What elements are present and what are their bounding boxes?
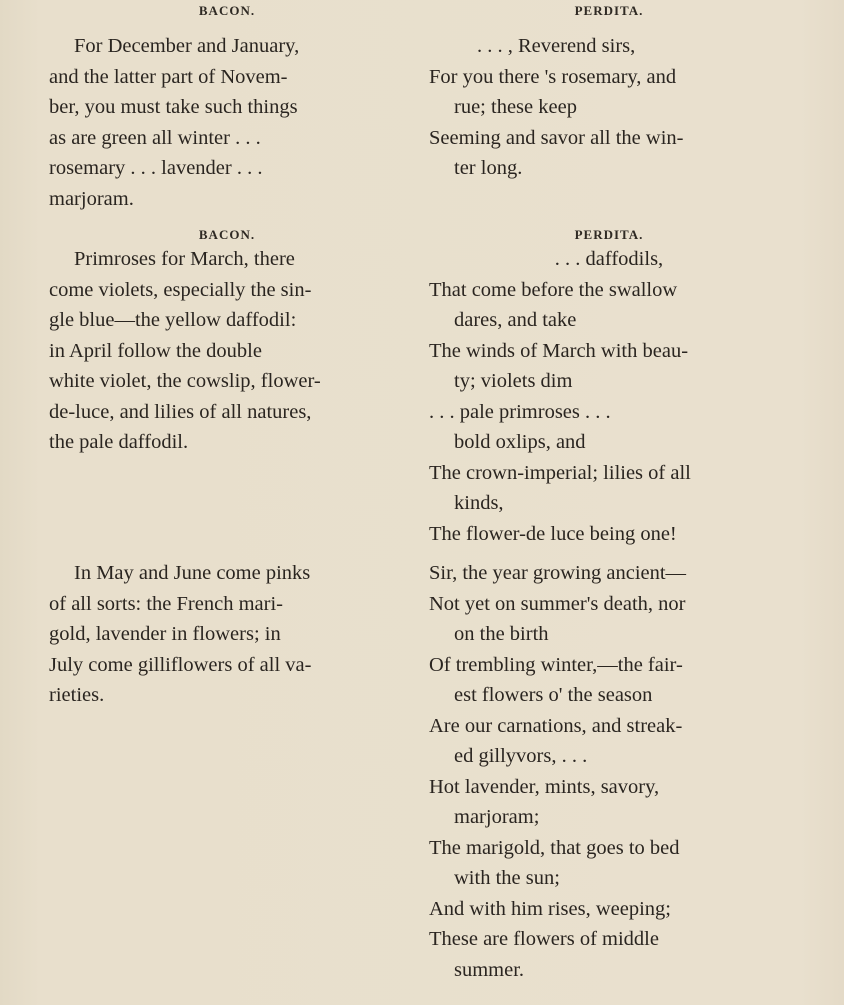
verse-line: on the birth — [429, 619, 789, 650]
section-heading-perdita-2: PERDITA. — [429, 227, 789, 243]
text-line: come violets, especially the sin- — [49, 275, 405, 306]
verse-line: ter long. — [429, 153, 789, 184]
text-line: rieties. — [49, 680, 405, 711]
text-line: of all sorts: the French mari- — [49, 589, 405, 620]
verse-line: . . . , Reverend sirs, — [429, 31, 789, 62]
verse-line: The marigold, that goes to bed — [429, 833, 789, 864]
text-line: white violet, the cowslip, flower- — [49, 366, 405, 397]
verse-line: ty; violets dim — [429, 366, 789, 397]
text-line: as are green all winter . . . — [49, 123, 405, 154]
perdita-verse-winter: . . . , Reverend sirs, For you there 's … — [429, 31, 789, 184]
verse-line: And with him rises, weeping; — [429, 894, 789, 925]
text-line: In May and June come pinks — [49, 558, 405, 589]
verse-line: The winds of March with beau- — [429, 336, 789, 367]
section-heading-bacon-1: BACON. — [49, 3, 405, 19]
verse-line: Hot lavender, mints, savory, — [429, 772, 789, 803]
verse-line: Are our carnations, and streak- — [429, 711, 789, 742]
verse-line: summer. — [429, 955, 789, 986]
verse-line: Seeming and savor all the win- — [429, 123, 789, 154]
verse-line: rue; these keep — [429, 92, 789, 123]
book-page: BACON. For December and January, and the… — [0, 0, 844, 1005]
text-line: in April follow the double — [49, 336, 405, 367]
text-line: ber, you must take such things — [49, 92, 405, 123]
bacon-passage-summer: In May and June come pinks of all sorts:… — [49, 558, 405, 711]
verse-line: bold oxlips, and — [429, 427, 789, 458]
verse-line: For you there 's rosemary, and — [429, 62, 789, 93]
section-heading-bacon-2: BACON. — [49, 227, 405, 243]
text-line: marjoram. — [49, 184, 405, 215]
perdita-verse-spring: . . . daffodils, That come before the sw… — [429, 244, 789, 549]
verse-line: Sir, the year growing ancient— — [429, 558, 789, 589]
bacon-passage-spring: Primroses for March, there come violets,… — [49, 244, 405, 458]
verse-line: dares, and take — [429, 305, 789, 336]
verse-line: est flowers o' the season — [429, 680, 789, 711]
text-line: de-luce, and lilies of all natures, — [49, 397, 405, 428]
verse-line: These are flowers of middle — [429, 924, 789, 955]
text-line: gold, lavender in flowers; in — [49, 619, 405, 650]
verse-line: marjoram; — [429, 802, 789, 833]
verse-line: That come before the swallow — [429, 275, 789, 306]
text-line: July come gilliflowers of all va- — [49, 650, 405, 681]
section-heading-perdita-1: PERDITA. — [429, 3, 789, 19]
text-line: gle blue—the yellow daffodil: — [49, 305, 405, 336]
verse-line: Not yet on summer's death, nor — [429, 589, 789, 620]
verse-line: . . . daffodils, — [429, 244, 789, 275]
verse-line: kinds, — [429, 488, 789, 519]
verse-line: Of trembling winter,—the fair- — [429, 650, 789, 681]
verse-line: The crown-imperial; lilies of all — [429, 458, 789, 489]
text-line: and the latter part of Novem- — [49, 62, 405, 93]
text-line: the pale daffodil. — [49, 427, 405, 458]
text-line: Primroses for March, there — [49, 244, 405, 275]
text-line: rosemary . . . lavender . . . — [49, 153, 405, 184]
bacon-passage-winter: For December and January, and the latter… — [49, 31, 405, 214]
verse-line: ed gillyvors, . . . — [429, 741, 789, 772]
perdita-verse-summer: Sir, the year growing ancient— Not yet o… — [429, 558, 789, 985]
verse-line: with the sun; — [429, 863, 789, 894]
verse-line: The flower-de luce being one! — [429, 519, 789, 550]
verse-line: . . . pale primroses . . . — [429, 397, 789, 428]
text-line: For December and January, — [49, 31, 405, 62]
